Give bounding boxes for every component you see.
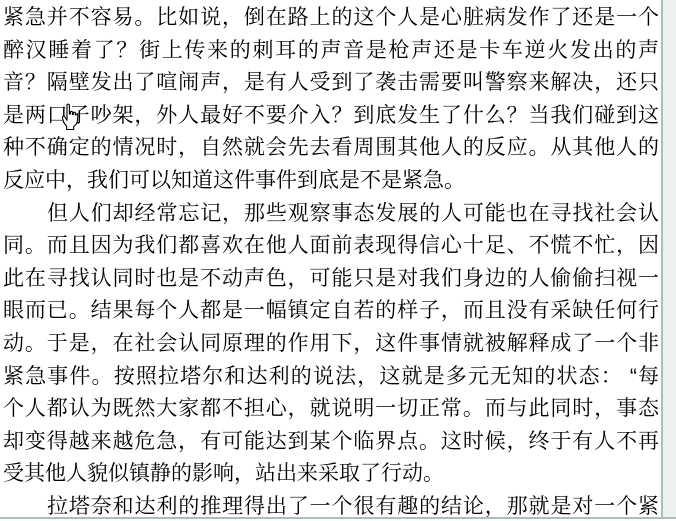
document-page: { "window": { "background": "#ffffff", "… <box>0 0 676 521</box>
text-lines: 紧急并不容易。比如说，倒在路上的这个人是心脏病发作了还是一个醉汉睡着了？街上传来… <box>3 2 659 521</box>
text-line: 紧急并不容易。比如说，倒在路上的这个人是心脏病发作了还是一个 <box>3 2 659 35</box>
text-line: 同。而且因为我们都喜欢在他人面前表现得信心十足、不慌不忙，因 <box>3 230 659 263</box>
scrollbar-track[interactable] <box>663 0 676 517</box>
text-line: 此在寻找认同时也是不动声色，可能只是对我们身边的人偷偷扫视一 <box>3 263 659 296</box>
text-line: 却变得越来越危急，有可能达到某个临界点。这时候，终于有人不再 <box>3 426 659 459</box>
text-line: 眼而已。结果每个人都是一幅镇定自若的样子，而且没有采缺任何行 <box>3 295 659 328</box>
text-line: 动。于是，在社会认同原理的作用下，这件事情就被解释成了一个非 <box>3 328 659 361</box>
text-line: 醉汉睡着了？街上传来的刺耳的声音是枪声还是卡车逆火发出的声 <box>3 35 659 68</box>
bottom-window-border <box>0 517 676 519</box>
text-line: 个人都认为既然大家都不担心，就说明一切正常。而与此同时，事态 <box>3 393 659 426</box>
text-line: 是两口子吵架，外人最好不要介入？到底发生了什么？当我们碰到这 <box>3 100 659 133</box>
text-line: 反应中，我们可以知道这件事件到底是不是紧急。 <box>3 165 659 198</box>
text-line: 受其他人貌似镇静的影响，站出来采取了行动。 <box>3 458 659 491</box>
text-line: 紧急事件。按照拉塔尔和达利的说法，这就是多元无知的状态： “每 <box>3 361 659 394</box>
text-line: 种不确定的情况时，自然就会先去看周围其他人的反应。从其他人的 <box>3 132 659 165</box>
text-line: 但人们却经常忘记，那些观察事态发展的人可能也在寻找社会认 <box>3 198 659 231</box>
text-line: 音？隔壁发出了喧闹声，是有人受到了袭击需要叫警察来解决，还只 <box>3 67 659 100</box>
